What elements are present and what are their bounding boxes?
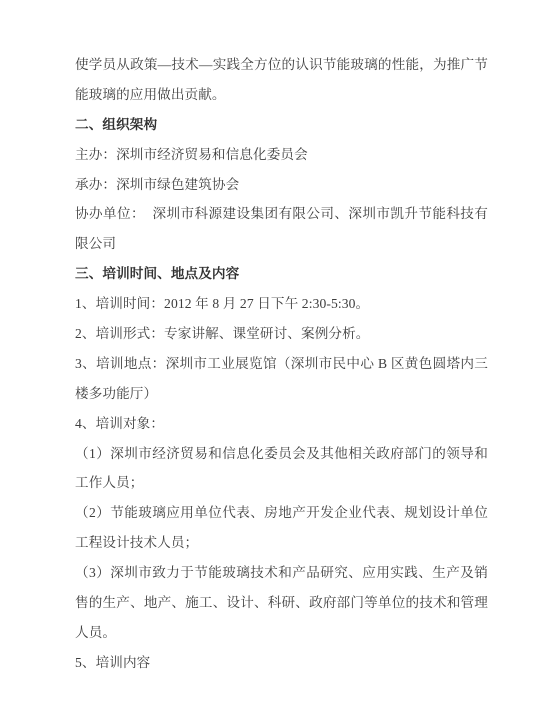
document-line: 售的生产、地产、施工、设计、科研、政府部门等单位的技术和管理 (75, 588, 488, 618)
document-line: （3）深圳市致力于节能玻璃技术和产品研究、应用实践、生产及销 (75, 558, 488, 588)
document-line: 协办单位： 深圳市科源建设集团有限公司、深圳市凯升节能科技有 (75, 199, 488, 229)
document-line: 2、培训形式：专家讲解、课堂研讨、案例分析。 (75, 319, 488, 349)
document-line: （2）节能玻璃应用单位代表、房地产开发企业代表、规划设计单位 (75, 498, 488, 528)
document-page: 使学员从政策—技术—实践全方位的认识节能玻璃的性能，为推广节能玻璃的应用做出贡献… (0, 0, 557, 713)
document-line: 5、培训内容 (75, 648, 488, 678)
document-line: 承办：深圳市绿色建筑协会 (75, 170, 488, 200)
document-line: 工作人员； (75, 468, 488, 498)
document-line: 人员。 (75, 618, 488, 648)
document-line: 1、培训时间：2012 年 8 月 27 日下午 2:30-5:30。 (75, 289, 488, 319)
document-line: 三、培训时间、地点及内容 (75, 259, 488, 289)
document-line: 使学员从政策—技术—实践全方位的认识节能玻璃的性能，为推广节 (75, 50, 488, 80)
document-line: 限公司 (75, 229, 488, 259)
document-line: 楼多功能厅） (75, 379, 488, 409)
document-body: 使学员从政策—技术—实践全方位的认识节能玻璃的性能，为推广节能玻璃的应用做出贡献… (75, 50, 488, 678)
document-line: （1）深圳市经济贸易和信息化委员会及其他相关政府部门的领导和 (75, 439, 488, 469)
document-line: 4、培训对象： (75, 409, 488, 439)
document-line: 能玻璃的应用做出贡献。 (75, 80, 488, 110)
document-line: 主办：深圳市经济贸易和信息化委员会 (75, 140, 488, 170)
document-line: 二、组织架构 (75, 110, 488, 140)
document-line: 工程设计技术人员； (75, 528, 488, 558)
document-line: 3、培训地点：深圳市工业展览馆（深圳市民中心 B 区黄色圆塔内三 (75, 349, 488, 379)
